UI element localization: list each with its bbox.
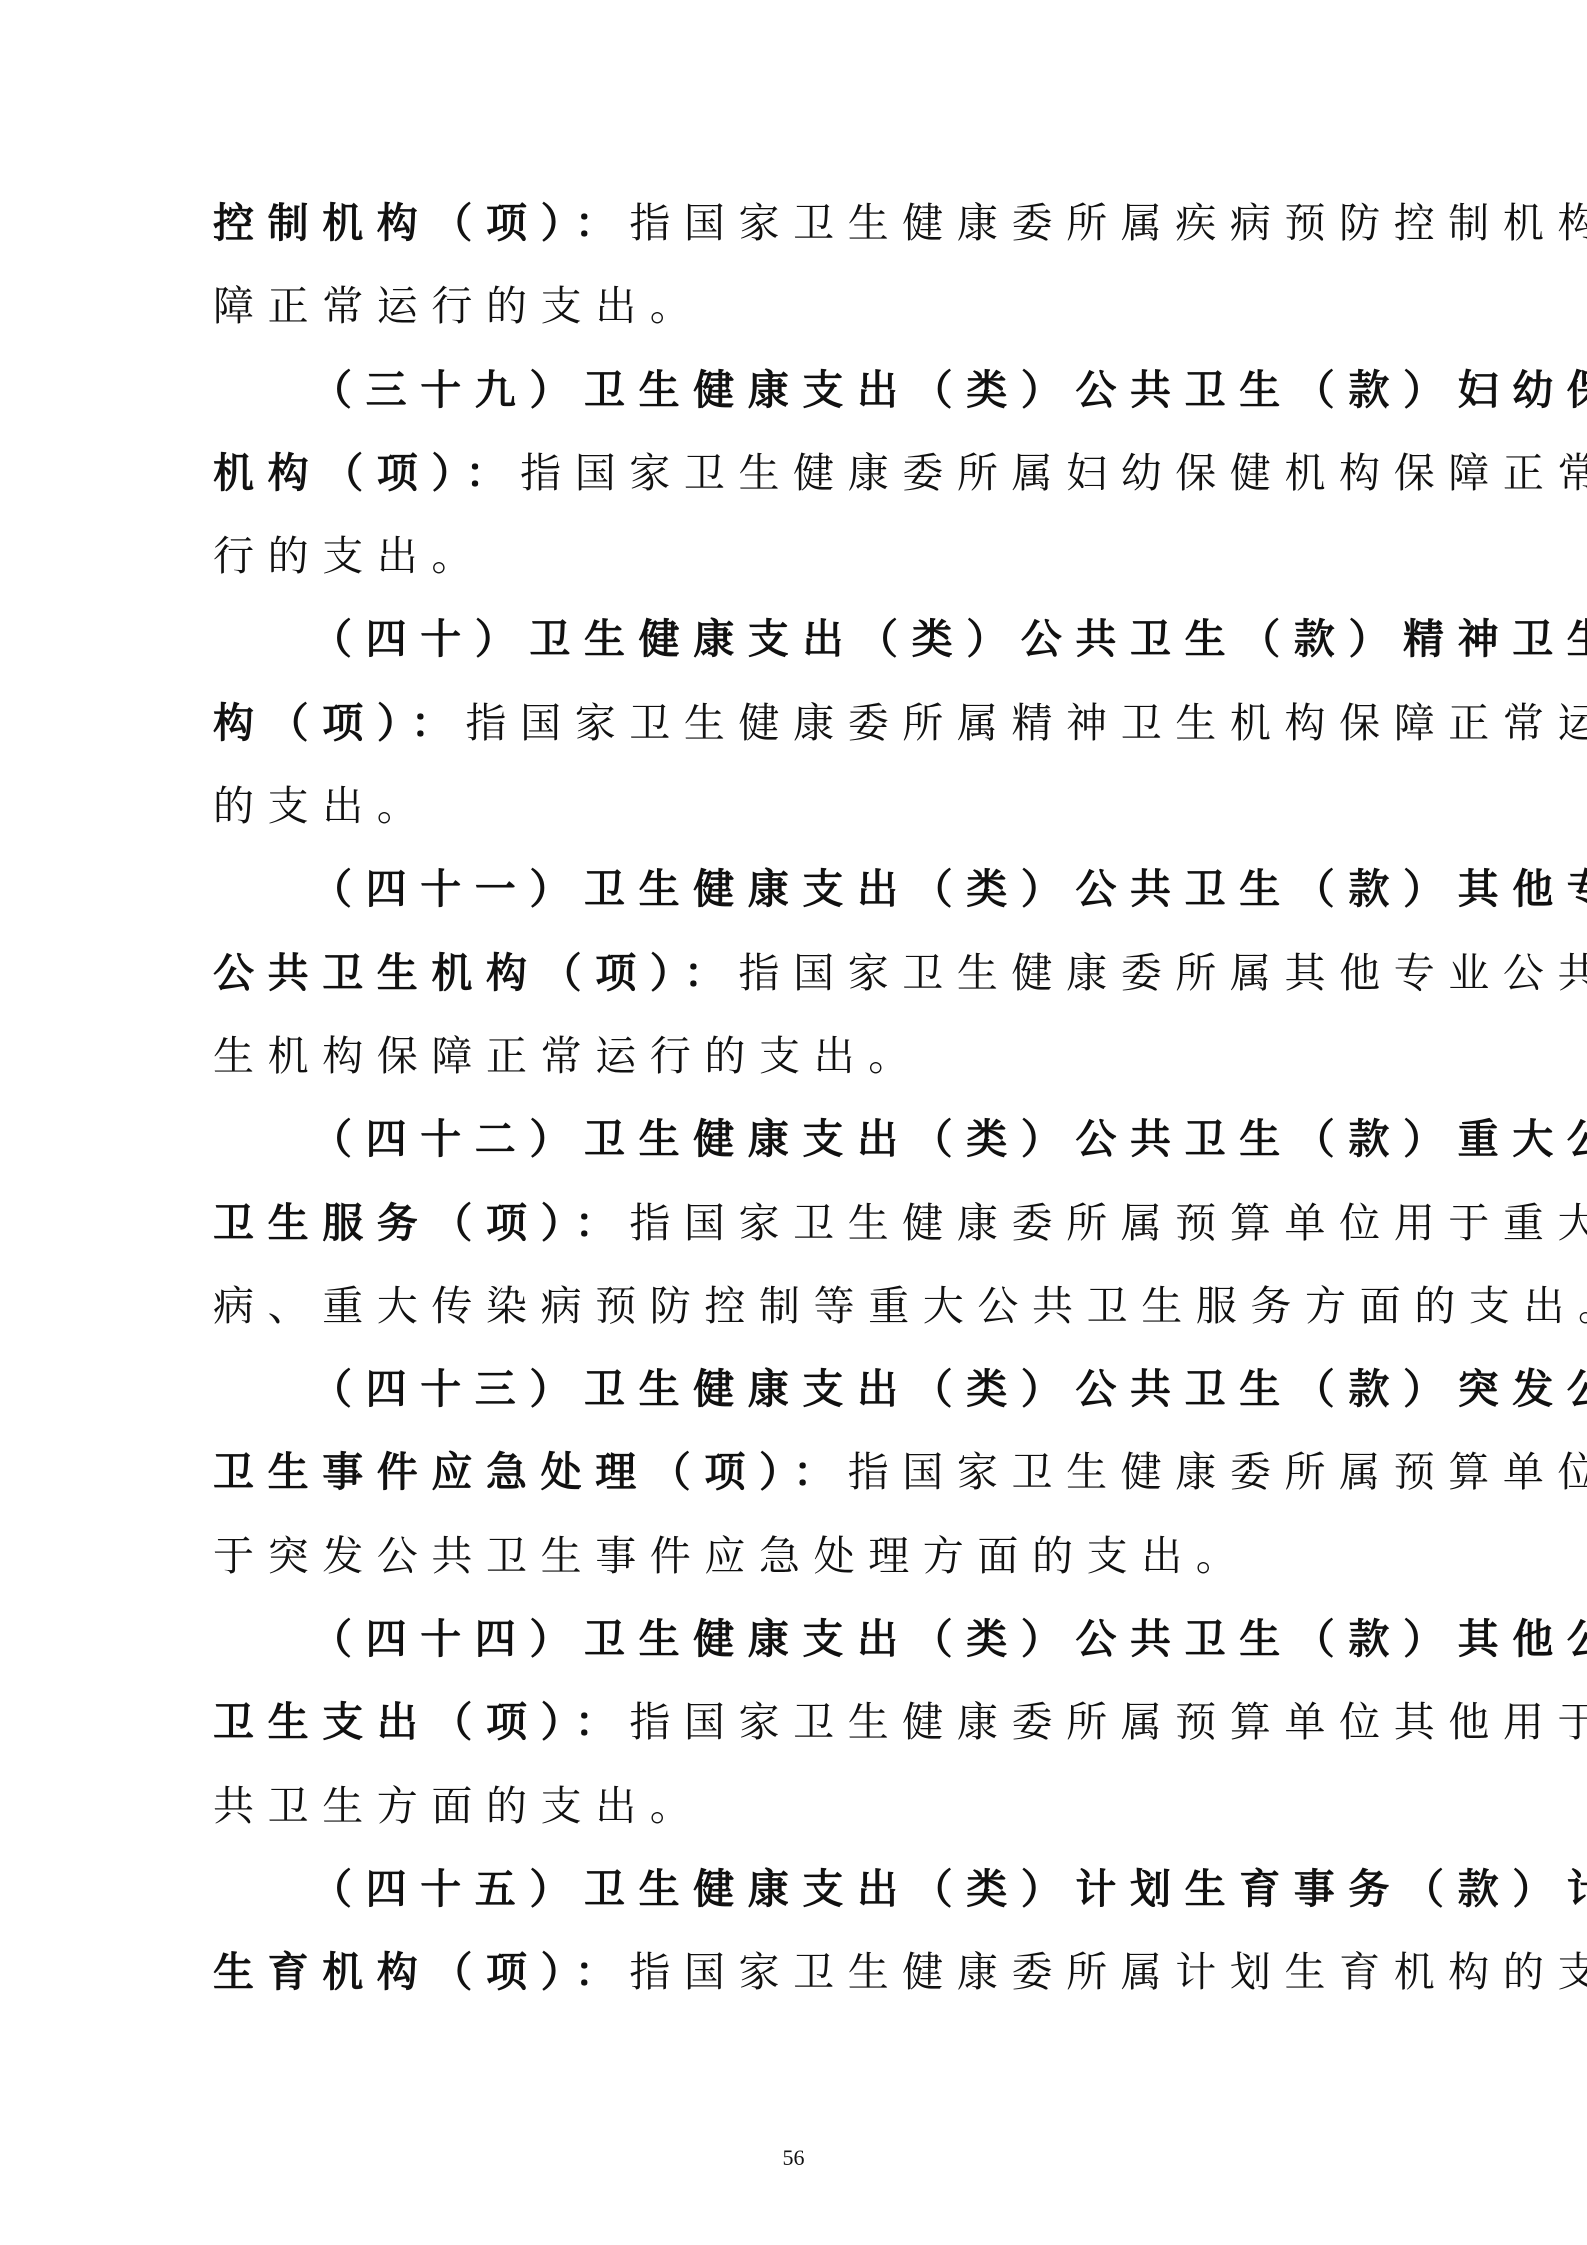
item-title: 构（项）：	[213, 699, 466, 747]
item-heading-42: （四十二）卫生健康支出（类）公共卫生（款）重大公共	[213, 1109, 1388, 1192]
text-line: 生育机构（项）：指国家卫生健康委所属计划生育机构的支出。	[213, 1942, 1388, 2025]
item-title: （四十三）卫生健康支出（类）公共卫生（款）突发公共	[311, 1365, 1587, 1413]
item-title: （三十九）卫生健康支出（类）公共卫生（款）妇幼保健	[311, 366, 1587, 414]
text-line: 构（项）：指国家卫生健康委所属精神卫生机构保障正常运行	[213, 693, 1388, 776]
item-title: （四十）卫生健康支出（类）公共卫生（款）精神卫生机	[311, 615, 1587, 663]
item-title: 机构（项）：	[213, 449, 520, 497]
item-heading-44: （四十四）卫生健康支出（类）公共卫生（款）其他公共	[213, 1609, 1388, 1692]
text-line: 卫生服务（项）：指国家卫生健康委所属预算单位用于重大疾	[213, 1193, 1388, 1276]
item-description: 共卫生方面的支出。	[213, 1782, 704, 1830]
item-description: 障正常运行的支出。	[213, 282, 704, 330]
item-description: 指国家卫生健康委所属预算单位用于重大疾	[629, 1199, 1587, 1247]
item-heading-45: （四十五）卫生健康支出（类）计划生育事务（款）计划	[213, 1859, 1388, 1942]
item-heading-39: （三十九）卫生健康支出（类）公共卫生（款）妇幼保健	[213, 360, 1388, 443]
item-heading-40: （四十）卫生健康支出（类）公共卫生（款）精神卫生机	[213, 609, 1388, 692]
text-line: 病、重大传染病预防控制等重大公共卫生服务方面的支出。	[213, 1276, 1388, 1359]
text-line: 控制机构（项）：指国家卫生健康委所属疾病预防控制机构保	[213, 193, 1388, 276]
item-title: 控制机构（项）：	[213, 199, 629, 247]
item-title: 生育机构（项）：	[213, 1948, 629, 1996]
item-description: 指国家卫生健康委所属妇幼保健机构保障正常运	[520, 449, 1587, 497]
item-title: （四十五）卫生健康支出（类）计划生育事务（款）计划	[311, 1865, 1587, 1913]
text-line: 卫生支出（项）：指国家卫生健康委所属预算单位其他用于公	[213, 1692, 1388, 1775]
item-heading-41: （四十一）卫生健康支出（类）公共卫生（款）其他专业	[213, 859, 1388, 942]
item-title: （四十四）卫生健康支出（类）公共卫生（款）其他公共	[311, 1615, 1587, 1663]
item-description: 病、重大传染病预防控制等重大公共卫生服务方面的支出。	[213, 1282, 1587, 1330]
page-number: 56	[0, 2145, 1587, 2171]
item-title: 卫生支出（项）：	[213, 1698, 629, 1746]
item-description: 指国家卫生健康委所属预算单位用	[848, 1448, 1587, 1496]
text-line: 障正常运行的支出。	[213, 276, 1388, 359]
text-line: 的支出。	[213, 776, 1388, 859]
item-heading-43: （四十三）卫生健康支出（类）公共卫生（款）突发公共	[213, 1359, 1388, 1442]
item-description: 行的支出。	[213, 532, 486, 580]
item-title: （四十二）卫生健康支出（类）公共卫生（款）重大公共	[311, 1115, 1587, 1163]
item-description: 于突发公共卫生事件应急处理方面的支出。	[213, 1532, 1250, 1580]
item-description: 生机构保障正常运行的支出。	[213, 1032, 923, 1080]
item-title: 卫生服务（项）：	[213, 1199, 629, 1247]
text-line: 机构（项）：指国家卫生健康委所属妇幼保健机构保障正常运	[213, 443, 1388, 526]
document-page: 控制机构（项）：指国家卫生健康委所属疾病预防控制机构保 障正常运行的支出。 （三…	[0, 0, 1587, 2245]
page-body: 控制机构（项）：指国家卫生健康委所属疾病预防控制机构保 障正常运行的支出。 （三…	[213, 193, 1388, 2026]
text-line: 生机构保障正常运行的支出。	[213, 1026, 1388, 1109]
item-description: 指国家卫生健康委所属精神卫生机构保障正常运行	[466, 699, 1587, 747]
text-line: 共卫生方面的支出。	[213, 1776, 1388, 1859]
item-title: 公共卫生机构（项）：	[213, 949, 739, 997]
text-line: 行的支出。	[213, 526, 1388, 609]
item-description: 指国家卫生健康委所属其他专业公共卫	[739, 949, 1587, 997]
item-title: （四十一）卫生健康支出（类）公共卫生（款）其他专业	[311, 865, 1587, 913]
item-description: 指国家卫生健康委所属疾病预防控制机构保	[629, 199, 1587, 247]
item-description: 指国家卫生健康委所属预算单位其他用于公	[629, 1698, 1587, 1746]
item-description: 指国家卫生健康委所属计划生育机构的支出。	[629, 1948, 1587, 1996]
text-line: 公共卫生机构（项）：指国家卫生健康委所属其他专业公共卫	[213, 943, 1388, 1026]
text-line: 于突发公共卫生事件应急处理方面的支出。	[213, 1526, 1388, 1609]
item-description: 的支出。	[213, 782, 431, 830]
text-line: 卫生事件应急处理（项）：指国家卫生健康委所属预算单位用	[213, 1442, 1388, 1525]
item-title: 卫生事件应急处理（项）：	[213, 1448, 848, 1496]
